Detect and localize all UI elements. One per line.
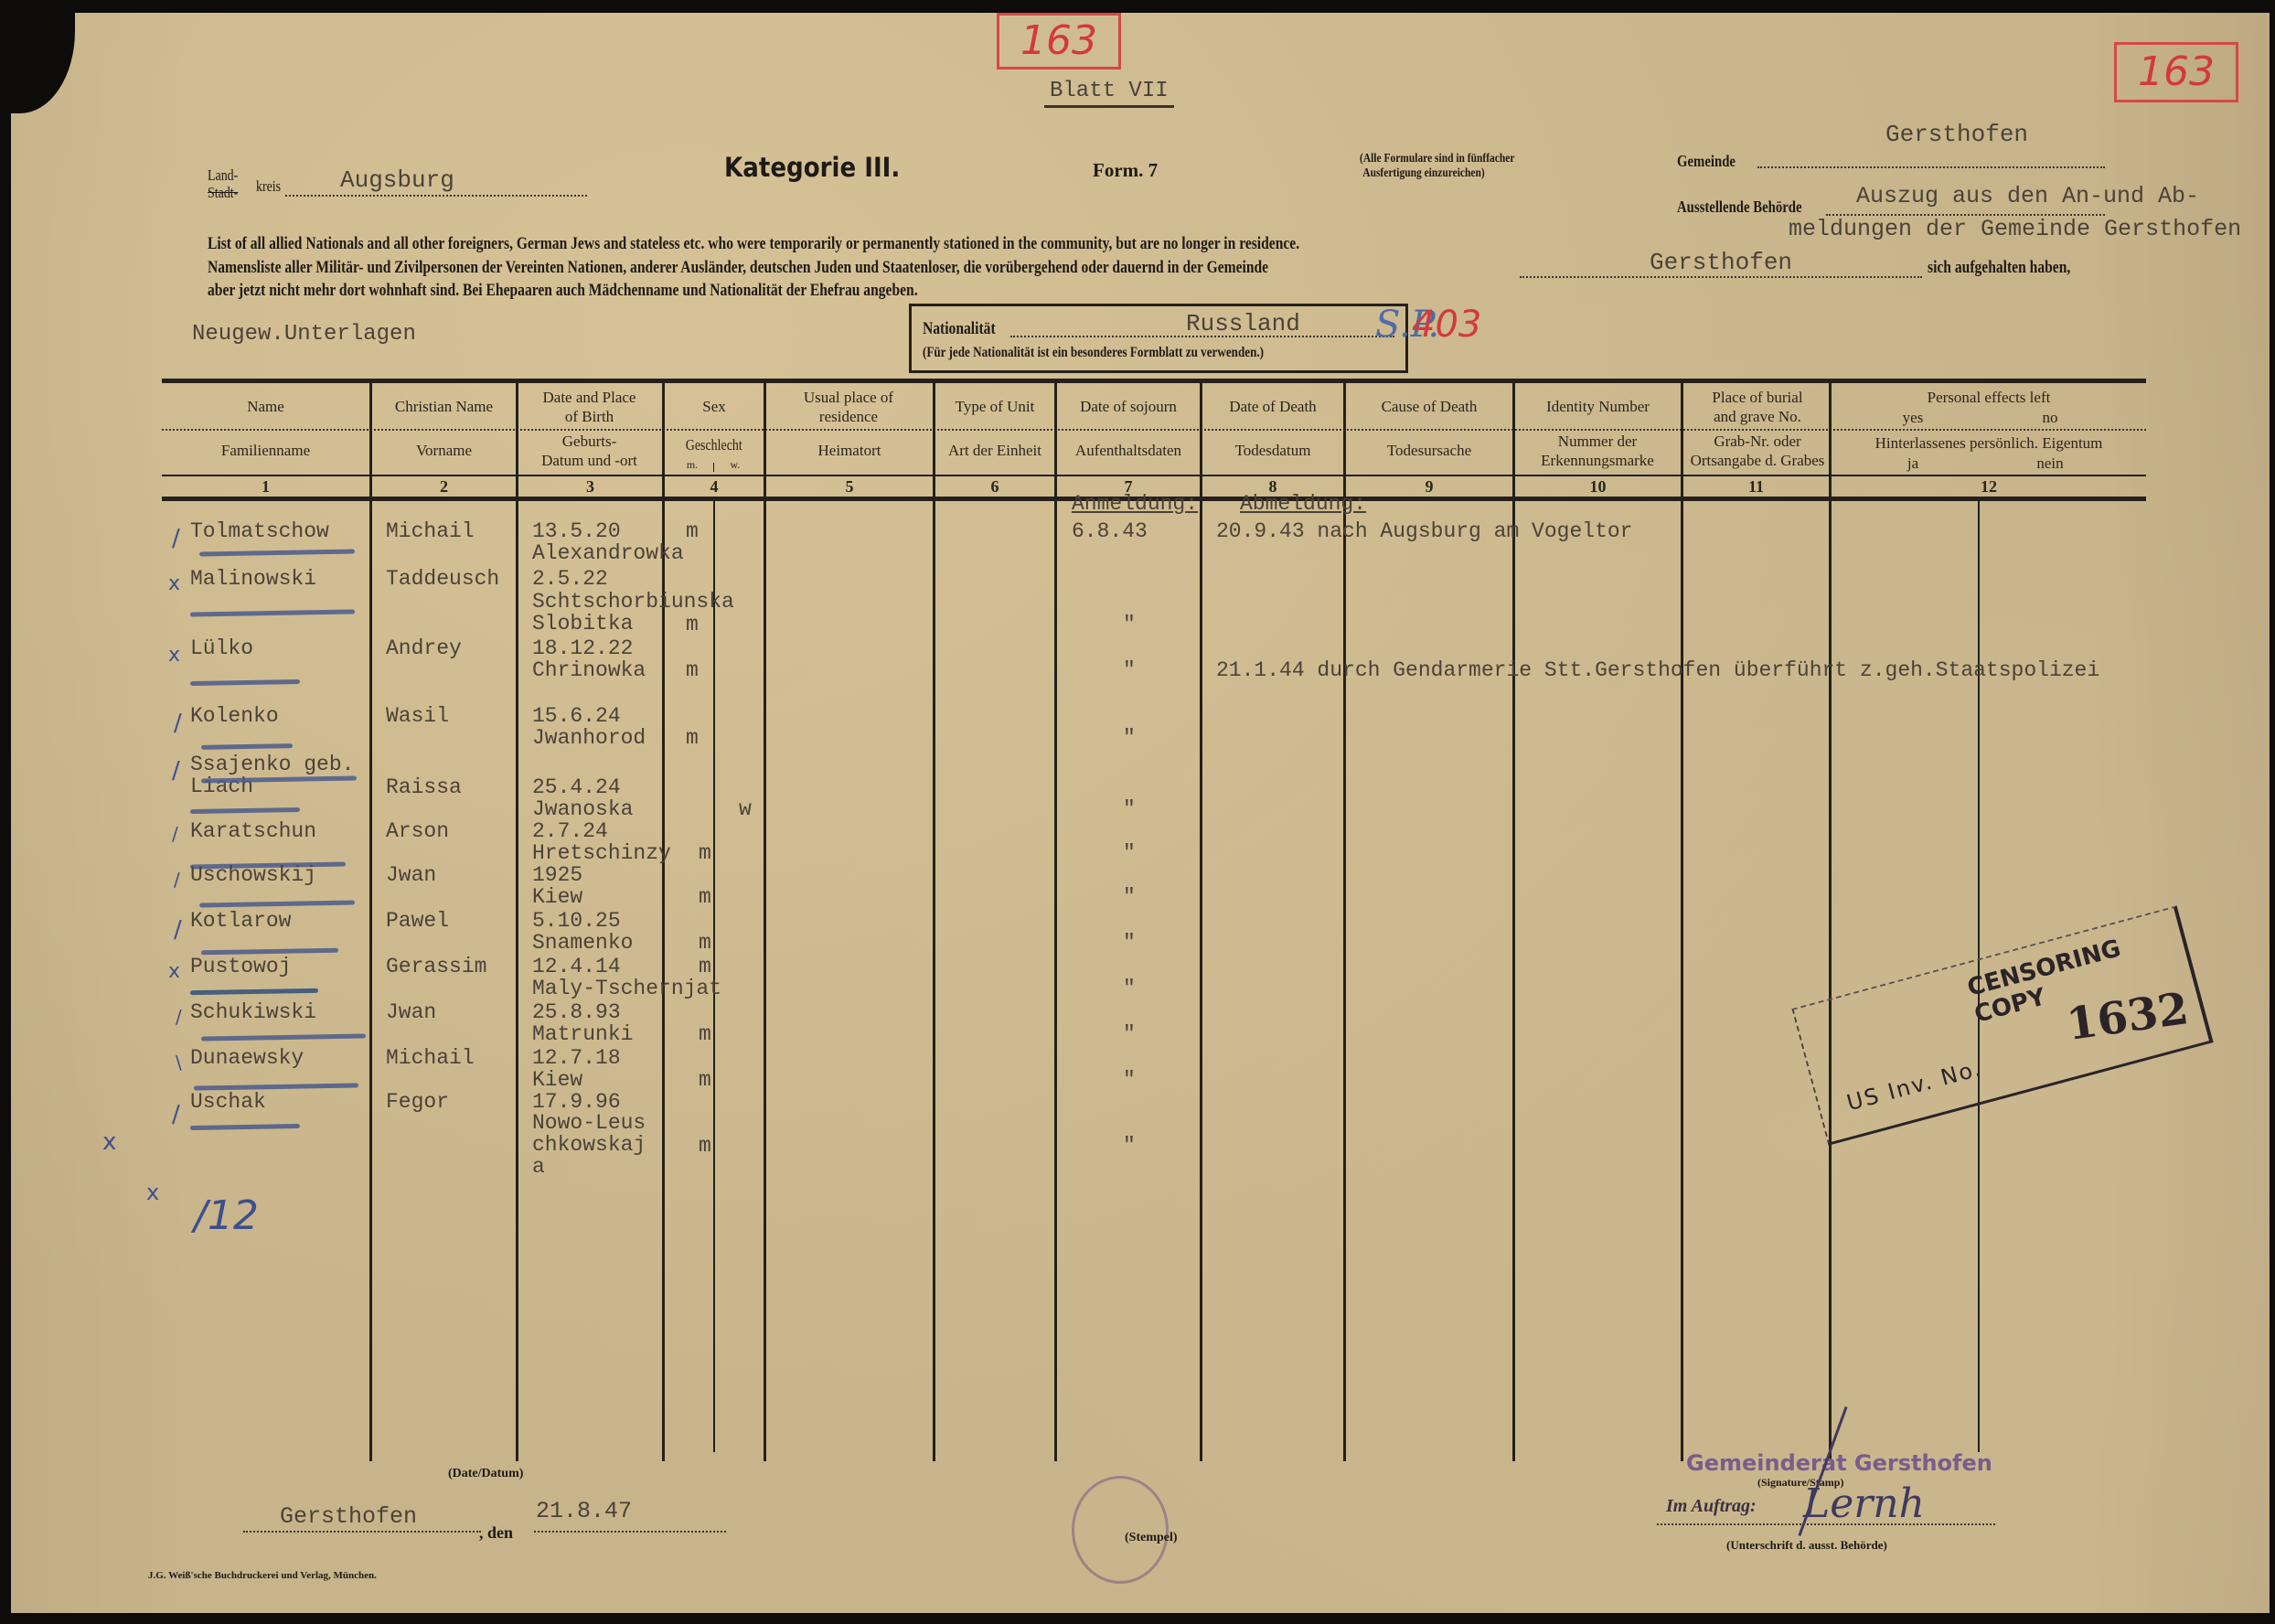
- nationality-box: Nationalität Russland (Für jede National…: [909, 304, 1408, 373]
- col-number-9: 9: [1346, 477, 1512, 497]
- col-number-6: 6: [935, 477, 1054, 497]
- on-behalf-label: Im Auftrag:: [1666, 1496, 1757, 1517]
- sojourn-ditto: ": [1123, 797, 1136, 821]
- col-header-9-de: Todesursache: [1346, 441, 1512, 460]
- given-name: Jwan: [386, 863, 436, 887]
- sex: m: [699, 1068, 711, 1092]
- sojourn-ditto: ": [1123, 658, 1136, 682]
- x-mark: x: [102, 1128, 116, 1156]
- sex: m: [699, 955, 711, 978]
- sojourn-date: 6.8.43: [1072, 519, 1148, 543]
- col-number-12: 12: [1832, 477, 2146, 497]
- given-name: Jwan: [386, 1000, 436, 1024]
- copies-note: (Alle Formulare sind in fünffacher Ausfe…: [1360, 152, 1549, 181]
- departure-note: 20.9.43 nach Augsburg am Vogeltor: [1216, 519, 1632, 543]
- sojourn-ditto: ": [1123, 1134, 1136, 1158]
- birth-date: 12.4.14: [532, 955, 621, 978]
- page-number: 163: [2117, 45, 2236, 100]
- surname: Kotlarow: [190, 909, 291, 933]
- col-divider: [1054, 382, 1057, 1461]
- birth-place: Matrunki: [532, 1022, 633, 1046]
- col-divider-sex-split: [713, 463, 714, 472]
- col-header-12-de: Hinterlassenes persönlich. Eigentum: [1832, 433, 2146, 453]
- given-name: Michail: [386, 519, 475, 543]
- district-value: Augsburg: [340, 166, 454, 194]
- col-divider: [1343, 382, 1346, 1461]
- handwritten-tally: /12: [194, 1192, 259, 1239]
- col-header-4: Sex: [665, 397, 764, 416]
- sojourn-ditto: ": [1123, 613, 1136, 636]
- sex: m: [699, 1022, 711, 1046]
- source-note: Neugew.Unterlagen: [192, 322, 416, 347]
- col-divider: [764, 382, 766, 1461]
- sex: m: [699, 841, 711, 865]
- official-seal: [1072, 1476, 1169, 1584]
- blue-underline: [201, 1033, 366, 1041]
- sojourn-ditto: ": [1123, 931, 1136, 955]
- col-header-11: Place of burial and grave No.: [1703, 388, 1812, 426]
- seal-label: (Stempel): [1125, 1531, 1178, 1545]
- municipality-value: Gersthofen: [1885, 121, 2028, 148]
- blue-underline: [190, 988, 318, 995]
- col-divider: [1512, 382, 1515, 1461]
- sojourn-ditto: ": [1123, 885, 1136, 909]
- date-field: [534, 1531, 726, 1533]
- col-divider: [933, 382, 935, 1461]
- birth-place: Chrinowka: [532, 658, 646, 682]
- check-mark: /: [172, 525, 180, 552]
- col-header-5-de: Heimatort: [766, 441, 933, 460]
- birth-place: Maly-Tschernjat: [532, 977, 721, 1000]
- blue-underline: [199, 550, 355, 557]
- col-header-1: Name: [162, 397, 369, 416]
- x-mark: x: [146, 1180, 159, 1205]
- intro-line-de-c: aber jetzt nicht mehr dort wohnhaft sind…: [208, 281, 918, 301]
- sex: m: [699, 931, 711, 955]
- check-mark: /: [174, 710, 182, 737]
- birth-place: Snamenko: [532, 931, 633, 955]
- col-header-7: Date of sojourn: [1057, 397, 1200, 416]
- x-mark: x: [168, 960, 180, 983]
- col-number-3: 3: [518, 477, 662, 497]
- col-header-8-de: Todesdatum: [1202, 441, 1343, 460]
- surname: Tolmatschow: [190, 519, 329, 543]
- col-divider: [516, 382, 518, 1461]
- sheet-label: Blatt VII: [1044, 79, 1174, 108]
- check-mark: /: [172, 823, 178, 845]
- den-label: , den: [479, 1523, 513, 1543]
- x-mark: x: [168, 572, 180, 595]
- birth-date: 15.6.24: [532, 704, 621, 728]
- sex: m: [686, 658, 699, 682]
- col-header-3-de: Geburts-Datum und -ort: [541, 432, 637, 470]
- footer-date: 21.8.47: [536, 1498, 632, 1524]
- col-number-1: 1: [162, 477, 369, 497]
- col-number-10: 10: [1515, 477, 1681, 497]
- page-number: 163: [999, 16, 1118, 67]
- intro-municipality-field: [1520, 276, 1922, 278]
- col-divider: [1829, 382, 1832, 1461]
- check-mark: /: [172, 1101, 180, 1128]
- col-header-12: Personal effects left: [1832, 388, 2146, 407]
- category-title: Kategorie III.: [724, 152, 900, 183]
- given-name: Michail: [386, 1046, 475, 1070]
- given-name: Andrey: [386, 636, 462, 660]
- birth-place: Hretschinzy: [532, 841, 671, 865]
- nationality-label: Nationalität: [923, 319, 996, 339]
- birth-place: Kiew: [532, 885, 582, 909]
- given-name: Wasil: [386, 704, 449, 728]
- col-divider: [369, 382, 372, 1461]
- departure-subheader: Abmeldung:: [1240, 492, 1366, 516]
- sex: w: [739, 797, 752, 821]
- birth-date: 2.7.24: [532, 819, 608, 843]
- birth-date: 25.4.24: [532, 775, 621, 799]
- intro-line-de-b: sich aufgehalten haben,: [1928, 258, 2070, 278]
- signature-label: (Unterschrift d. ausst. Behörde): [1726, 1538, 1887, 1553]
- surname: Karatschun: [190, 819, 316, 843]
- intro-line-en: List of all allied Nationals and all oth…: [208, 234, 1299, 254]
- birth-date: 18.12.22: [532, 636, 633, 660]
- given-name: Taddeusch: [386, 567, 499, 591]
- birth-date: 12.7.18: [532, 1046, 621, 1070]
- header-dotted-rule: [162, 429, 2146, 431]
- sex: m: [699, 1134, 711, 1158]
- given-name: Fegor: [386, 1090, 449, 1114]
- birth-place: Jwanoska: [532, 797, 633, 821]
- col-header-11-de: Grab-Nr. oder Ortsangabe d. Grabes: [1689, 432, 1826, 470]
- given-name: Pawel: [386, 909, 449, 933]
- col-header-1-de: Familienname: [162, 441, 369, 460]
- check-mark: /: [174, 869, 180, 891]
- col-number-4: 4: [665, 477, 764, 497]
- check-mark: \: [176, 1052, 182, 1074]
- col-divider: [1681, 382, 1683, 1461]
- col-header-10-de: Nummer der Erkennungsmarke: [1529, 432, 1666, 470]
- nationality-value: Russland: [1186, 310, 1300, 337]
- sex: m: [686, 613, 699, 636]
- birth-place: Schtschorbiunska Slobitka: [532, 591, 669, 635]
- blue-underline: [190, 609, 355, 616]
- surname: Schukiwski: [190, 1000, 316, 1024]
- footer-place: Gersthofen: [280, 1503, 417, 1530]
- col-divider: [1200, 382, 1202, 1461]
- check-mark: /: [172, 757, 180, 785]
- birth-date: 1925: [532, 863, 582, 887]
- birth-place: Nowo-Leuschkowskaja: [532, 1112, 651, 1178]
- signature-scribble: Lernh: [1803, 1480, 1925, 1527]
- torn-corner: [11, 13, 75, 113]
- col-header-2: Christian Name: [372, 397, 516, 416]
- sojourn-ditto: ": [1123, 1022, 1136, 1046]
- blue-underline: [190, 679, 300, 686]
- birth-date: 25.8.93: [532, 1000, 621, 1024]
- form-label: Form. 7: [1093, 159, 1158, 182]
- col-header-9: Cause of Death: [1346, 397, 1512, 416]
- given-name: Raissa: [386, 775, 462, 799]
- printer-imprint: J.G. Weiß'sche Buchdruckerei und Verlag,…: [148, 1570, 377, 1581]
- blue-underline: [201, 743, 293, 750]
- surname: Kolenko: [190, 704, 279, 728]
- col-header-12-nein: nein: [2004, 454, 2096, 473]
- col-number-2: 2: [372, 477, 516, 497]
- place-field: [243, 1531, 481, 1533]
- col-header-4-w: w.: [717, 455, 753, 475]
- check-mark: /: [176, 1006, 182, 1028]
- surname: Uschak: [190, 1090, 266, 1114]
- blue-underline: [190, 807, 300, 814]
- birth-date: 2.5.22: [532, 567, 608, 591]
- sex: m: [686, 519, 699, 543]
- col-header-6: Type of Unit: [935, 397, 1054, 416]
- district-suffix: kreis: [256, 177, 281, 196]
- surname: Lülko: [190, 636, 253, 660]
- sojourn-ditto: ": [1123, 1068, 1136, 1092]
- surname: Pustowoj: [190, 955, 291, 978]
- page-number-box-center: 163: [997, 13, 1121, 69]
- col-header-7-de: Aufenthaltsdaten: [1057, 441, 1200, 460]
- col-header-10: Identity Number: [1515, 397, 1681, 416]
- stamp-inv-label: US Inv. No.: [1844, 1055, 1985, 1116]
- handwritten-403: 403: [1412, 304, 1481, 346]
- intro-municipality-value: Gersthofen: [1650, 249, 1792, 276]
- surname: Dunaewsky: [190, 1046, 304, 1070]
- sex: m: [699, 885, 711, 909]
- col-header-2-de: Vorname: [372, 441, 516, 460]
- authority-stamp: Gemeinderat Gersthofen: [1686, 1450, 1992, 1476]
- nationality-note: (Für jede Nationalität ist ein besondere…: [923, 345, 1264, 361]
- col-header-4-de: Geschlecht: [665, 435, 764, 454]
- birth-date: 5.10.25: [532, 909, 621, 933]
- header-bottom-rule: [162, 475, 2146, 476]
- sojourn-ditto: ": [1123, 726, 1136, 750]
- col-number-5: 5: [766, 477, 933, 497]
- given-name: Gerassim: [386, 955, 486, 978]
- birth-place: Jwanhorod: [532, 726, 646, 750]
- page-number-box-right: 163: [2114, 42, 2238, 102]
- col-header-4-m: m.: [674, 455, 710, 475]
- sojourn-subheader: Anmeldung:: [1072, 492, 1198, 516]
- col-header-12-yes: yes: [1867, 408, 1959, 427]
- issuing-authority-value-2: meldungen der Gemeinde Gersthofen: [1789, 216, 2241, 242]
- municipality-field: [1757, 166, 2105, 168]
- blue-underline: [199, 901, 355, 908]
- col-header-12-no: no: [2004, 408, 2096, 427]
- date-label: (Date/Datum): [448, 1467, 523, 1481]
- table-top-rule: [162, 379, 2146, 383]
- issuing-authority-value-1: Auszug aus den An-und Ab-: [1856, 183, 2199, 209]
- surname: Uschowskij: [190, 863, 316, 887]
- col-header-8: Date of Death: [1202, 397, 1343, 416]
- check-mark: /: [174, 916, 182, 944]
- blue-underline: [190, 1124, 300, 1130]
- x-mark: x: [168, 644, 180, 667]
- col-header-3: Date and Place of Birth: [537, 388, 642, 426]
- sojourn-ditto: ": [1123, 977, 1136, 1000]
- document-sheet: 163 163 Blatt VII Land- Stadt- kreis Aug…: [11, 13, 2270, 1613]
- sojourn-ditto: ": [1123, 841, 1136, 865]
- col-header-12-ja: ja: [1867, 454, 1959, 473]
- surname: Malinowski: [190, 567, 316, 591]
- birth-place: Alexandrowka: [532, 541, 684, 565]
- col-header-6-de: Art der Einheit: [935, 441, 1054, 460]
- col-number-11: 11: [1683, 477, 1829, 497]
- intro-line-de-a: Namensliste aller Militär- und Zivilpers…: [208, 258, 1268, 278]
- municipality-label: Gemeinde: [1677, 152, 1736, 171]
- sex: m: [686, 726, 699, 750]
- birth-place: Kiew: [532, 1068, 582, 1092]
- birth-date: 13.5.20: [532, 519, 621, 543]
- col-header-5: Usual place of residence: [794, 388, 903, 426]
- departure-note: 21.1.44 durch Gendarmerie Stt.Gersthofen…: [1216, 658, 2099, 682]
- issuing-authority-label: Ausstellende Behörde: [1677, 198, 1802, 217]
- district-label: Land- Stadt-: [208, 166, 245, 201]
- given-name: Arson: [386, 819, 449, 843]
